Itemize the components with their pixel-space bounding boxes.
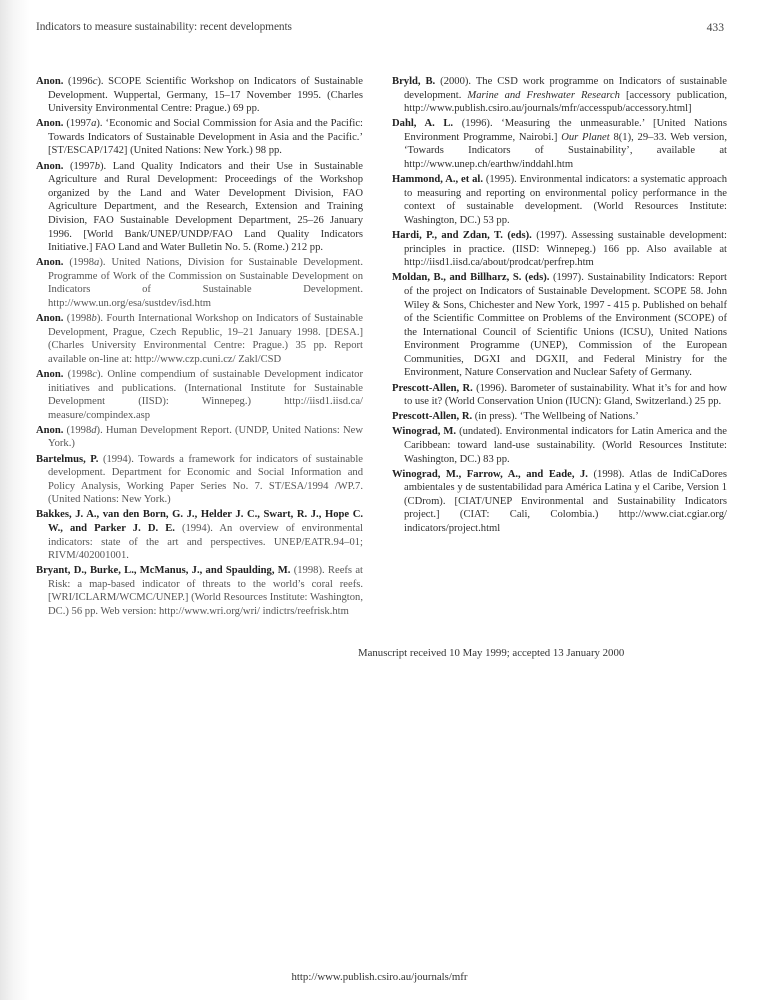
reference-entry: Anon. (1997b). Land Quality Indicators a… (36, 160, 363, 255)
reference-entry: Prescott-Allen, R. (in press). ‘The Well… (392, 410, 727, 424)
manuscript-received-note: Manuscript received 10 May 1999; accepte… (358, 647, 624, 659)
reference-entry: Winograd, M., Farrow, A., and Eade, J. (… (392, 468, 727, 536)
running-head: Indicators to measure sustainability: re… (36, 21, 292, 33)
reference-entry: Hardi, P., and Zdan, T. (eds). (1997). A… (392, 229, 727, 270)
reference-entry: Anon. (1998b). Fourth International Work… (36, 312, 363, 366)
reference-entry: Dahl, A. L. (1996). ‘Measuring the unmea… (392, 117, 727, 171)
reference-entry: Prescott-Allen, R. (1996). Barometer of … (392, 382, 727, 409)
reference-entry: Bryld, B. (2000). The CSD work programme… (392, 75, 727, 116)
reference-entry: Bakkes, J. A., van den Born, G. J., Held… (36, 508, 363, 562)
reference-entry: Hammond, A., et al. (1995). Environmenta… (392, 173, 727, 227)
reference-entry: Anon. (1997a). ‘Economic and Social Comm… (36, 117, 363, 158)
reference-entry: Bryant, D., Burke, L., McManus, J., and … (36, 564, 363, 618)
references-left-column: Anon. (1996c). SCOPE Scientific Workshop… (36, 75, 363, 620)
reference-entry: Moldan, B., and Billharz, S. (eds). (199… (392, 271, 727, 380)
reference-entry: Anon. (1996c). SCOPE Scientific Workshop… (36, 75, 363, 116)
reference-entry: Anon. (1998a). United Nations, Division … (36, 256, 363, 310)
reference-entry: Anon. (1998c). Online compendium of sust… (36, 368, 363, 422)
reference-entry: Anon. (1998d). Human Development Report.… (36, 424, 363, 451)
references-right-column: Bryld, B. (2000). The CSD work programme… (392, 75, 727, 537)
page-number: 433 (707, 21, 724, 34)
footer-url: http://www.publish.csiro.au/journals/mfr (0, 971, 759, 983)
reference-entry: Bartelmus, P. (1994). Towards a framewor… (36, 453, 363, 507)
reference-entry: Winograd, M. (undated). Environmental in… (392, 425, 727, 466)
